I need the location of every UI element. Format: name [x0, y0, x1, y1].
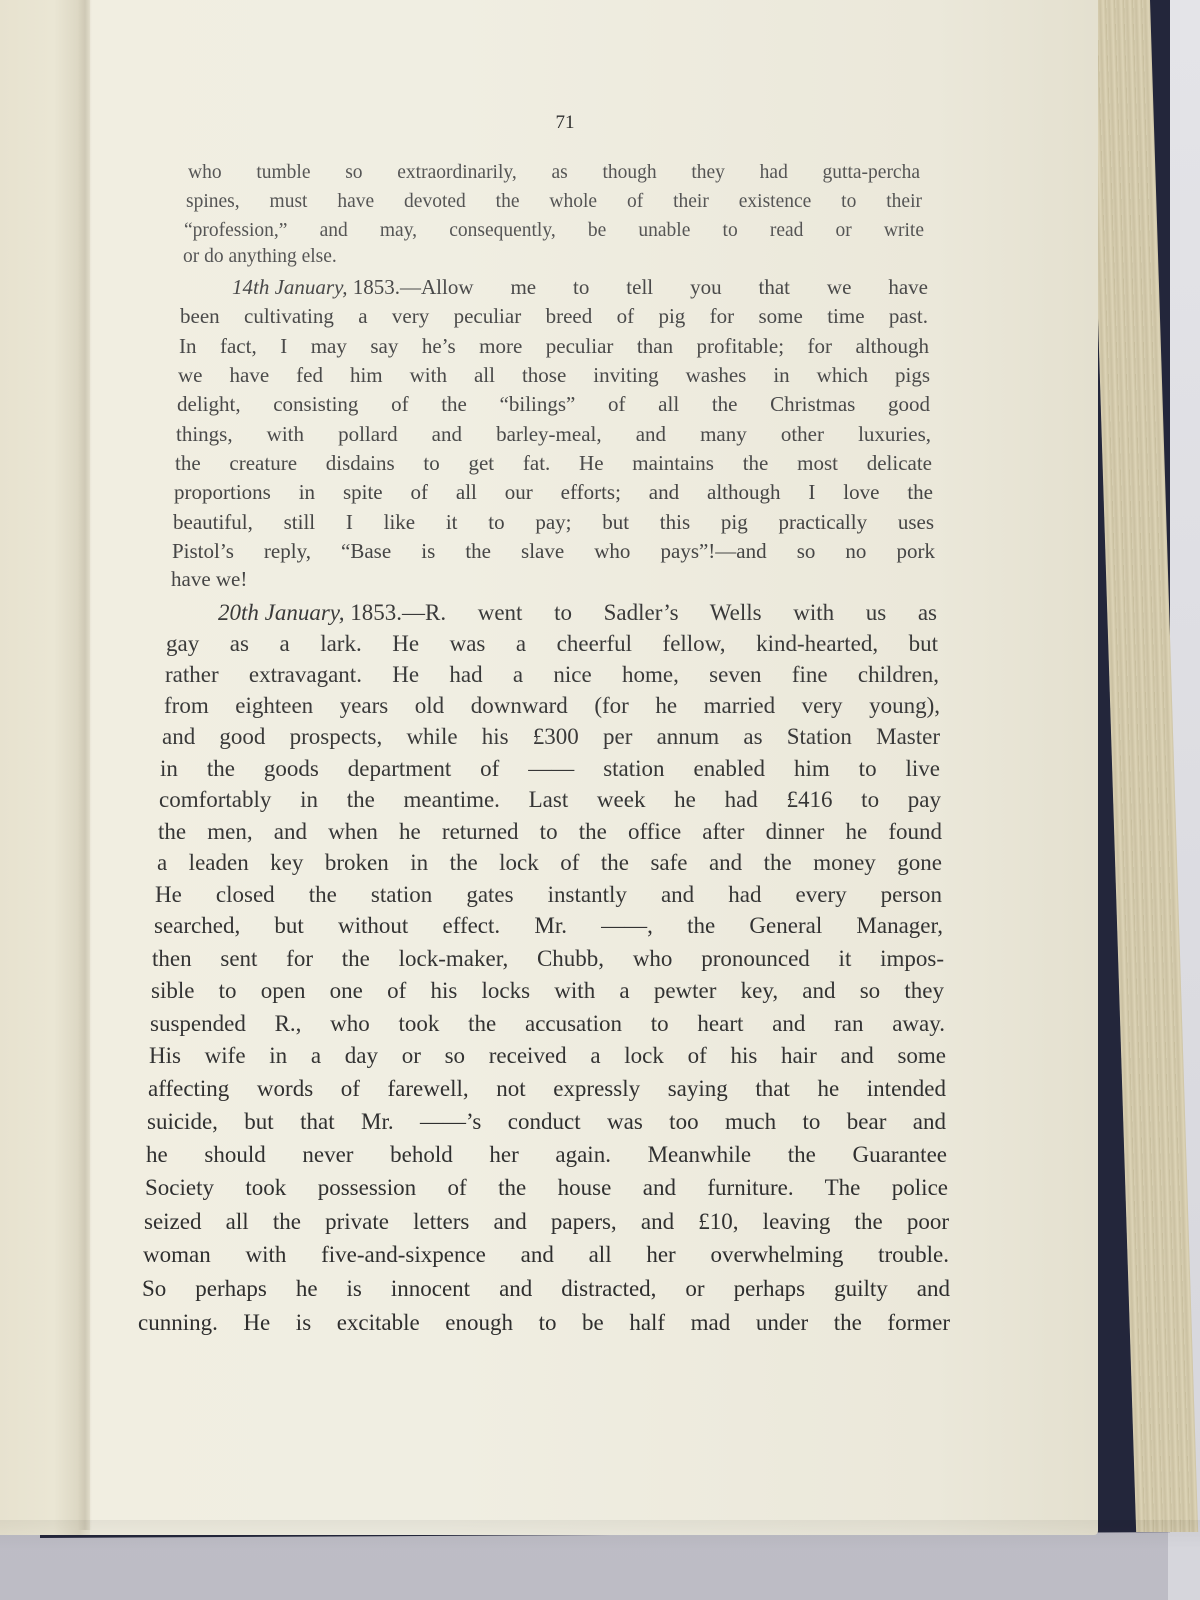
text-line: He closed the station gates instantly an… [155, 883, 942, 906]
text-line: —Allow me to tell you that we have [400, 277, 928, 298]
text-line: have we! [171, 569, 935, 590]
text-line: gay as a lark. He was a cheerful fellow,… [166, 632, 938, 655]
entry-heading-line: 20th January, 1853.—R. went to Sadler’s … [218, 601, 937, 624]
text-line: His wife in a day or so received a lock … [149, 1044, 946, 1067]
entry-year: 1853. [353, 277, 400, 298]
text-line: Society took possession of the house and… [145, 1176, 948, 1199]
entry-year: 1853. [350, 601, 402, 624]
text-line: cunning. He is excitable enough to be ha… [138, 1311, 950, 1334]
text-line: proportions in spite of all our efforts;… [174, 482, 933, 503]
text-line: In fact, I may say he’s more peculiar th… [179, 336, 929, 357]
text-line: suicide, but that Mr. ——’s conduct was t… [147, 1110, 946, 1133]
text-line: the men, and when he returned to the off… [158, 820, 942, 843]
entry-date: 20th January, [218, 601, 345, 624]
text-line: then sent for the lock-maker, Chubb, who… [152, 947, 944, 970]
text-line: things, with pollard and barley-meal, an… [176, 424, 931, 445]
text-line: sible to open one of his locks with a pe… [151, 979, 944, 1002]
text-line: the creature disdains to get fat. He mai… [175, 453, 932, 474]
entry-heading-line: 14th January, 1853.—Allow me to tell you… [232, 277, 928, 298]
text-line: a leaden key broken in the lock of the s… [157, 851, 942, 874]
text-line: —R. went to Sadler’s Wells with us as [402, 601, 937, 624]
entry-date: 14th January, [232, 277, 348, 298]
text-line: affecting words of farewell, not express… [148, 1077, 946, 1100]
text-line: suspended R., who took the accusation to… [150, 1012, 945, 1035]
text-line: So perhaps he is innocent and distracted… [142, 1277, 950, 1300]
page-text: who tumble so extraordinarily, as though… [0, 0, 1200, 1600]
text-line: been cultivating a very peculiar breed o… [180, 306, 928, 327]
text-line: he should never behold her again. Meanwh… [146, 1143, 947, 1166]
text-line: in the goods department of —— station en… [160, 757, 940, 780]
text-line: delight, consisting of the “bilings” of … [177, 394, 930, 415]
text-line: spines, must have devoted the whole of t… [186, 192, 922, 212]
text-line: from eighteen years old downward (for he… [164, 694, 940, 717]
text-line: woman with five-and-sixpence and all her… [143, 1243, 949, 1266]
text-line: or do anything else. [183, 247, 925, 267]
text-line: comfortably in the meantime. Last week h… [159, 788, 941, 811]
text-line: and good prospects, while his £300 per a… [162, 725, 940, 748]
text-line: we have fed him with all those inviting … [178, 365, 930, 386]
text-line: “profession,” and may, consequently, be … [184, 221, 924, 241]
text-line: Pistol’s reply, “Base is the slave who p… [172, 541, 935, 562]
text-line: searched, but without effect. Mr. ——, th… [154, 914, 943, 937]
text-line: seized all the private letters and paper… [144, 1210, 949, 1233]
text-line: beautiful, still I like it to pay; but t… [173, 512, 934, 533]
text-line: rather extravagant. He had a nice home, … [165, 663, 939, 686]
text-line: who tumble so extraordinarily, as though… [188, 163, 920, 183]
